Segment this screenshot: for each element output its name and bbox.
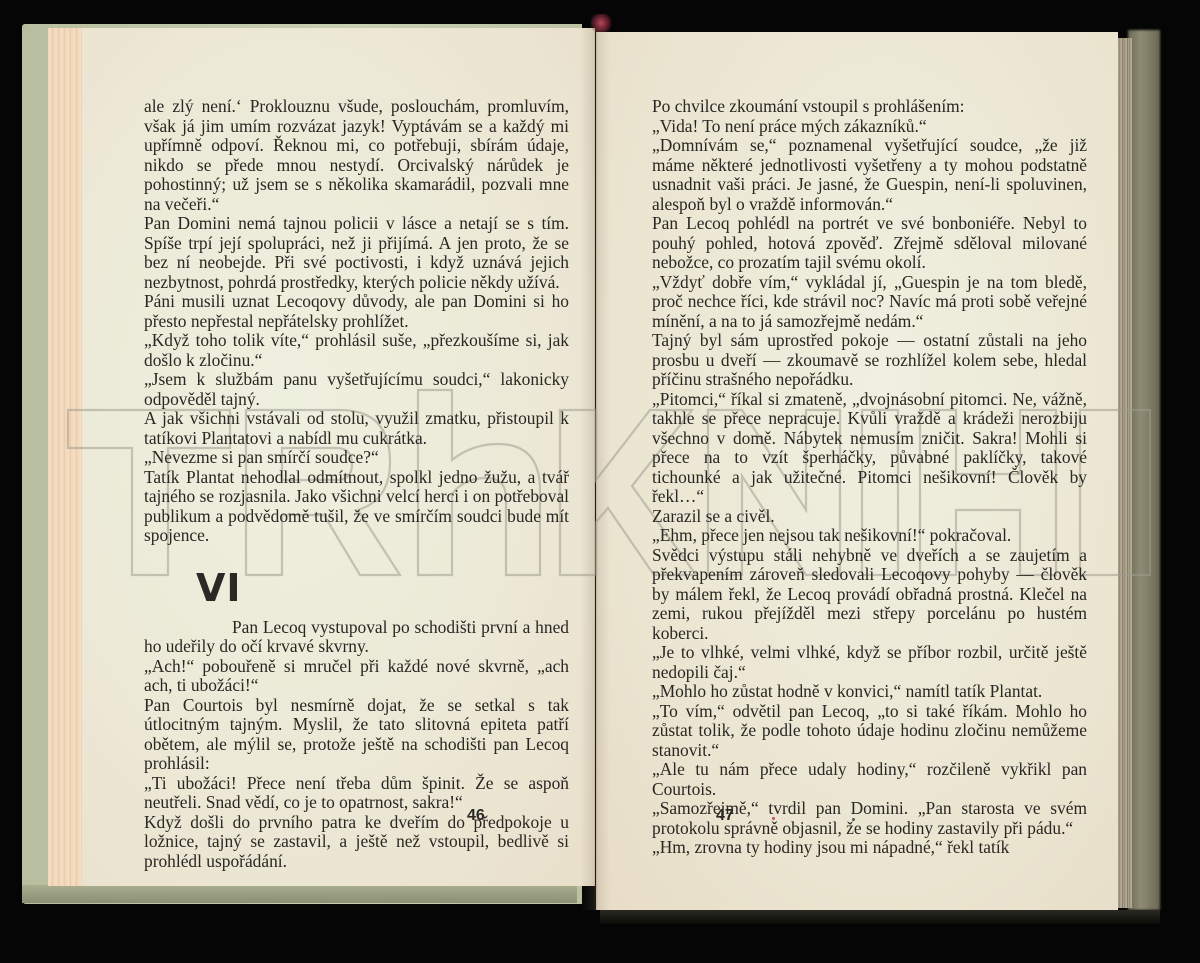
paragraph: „Mohlo ho zůstat hodně v konvici,“ namít…: [652, 682, 1087, 702]
paragraph: Když došli do prvního patra ke dveřím do…: [144, 813, 569, 872]
paragraph: „Nevezme si pan smírčí soudce?“: [144, 448, 569, 468]
book-cover-right-edge: [1128, 30, 1160, 910]
page-number-left: 46: [467, 807, 485, 825]
paper-speck: [772, 817, 775, 820]
paragraph: „Ti ubožáci! Přece není třeba dům špinit…: [144, 774, 569, 813]
paragraph: ale zlý není.‘ Proklouznu všude, poslouc…: [144, 97, 569, 214]
paragraph: Po chvilce zkoumání vstoupil s prohlášen…: [652, 97, 1087, 117]
paragraph: „To vím,“ odvětil pan Lecoq, „to si také…: [652, 702, 1087, 761]
paragraph: Pan Lecoq vystupoval po schodišti první …: [144, 618, 569, 657]
paragraph: „Je to vlhké, velmi vlhké, když se příbo…: [652, 643, 1087, 682]
chapter-heading: VI: [196, 568, 569, 608]
paragraph: Pan Courtois byl nesmírně dojat, že se s…: [144, 696, 569, 774]
paragraph: „Vždyť dobře vím,“ vykládal jí, „Guespin…: [652, 273, 1087, 332]
paragraph: A jak všichni vstávali od stolu, využil …: [144, 409, 569, 448]
paper-speck: [852, 818, 855, 821]
paragraph: „Hm, zrovna ty hodiny jsou mi nápadné,“ …: [652, 838, 1087, 858]
page-stack-right: [1118, 38, 1132, 908]
paragraph: „Když toho tolik víte,“ prohlásil suše, …: [144, 331, 569, 370]
paragraph: Pan Lecoq pohlédl na portrét ve své bonb…: [652, 214, 1087, 273]
left-page-text: ale zlý není.‘ Proklouznu všude, poslouc…: [144, 97, 569, 871]
paragraph: „Ehm, přece jen nejsou tak nešikovní!“ p…: [652, 526, 1087, 546]
paragraph: „Ach!“ pobouřeně si mručel při každé nov…: [144, 657, 569, 696]
paragraph: Svědci výstupu stáli nehybně ve dveřích …: [652, 546, 1087, 644]
paragraph: „Ale tu nám přece udaly hodiny,“ rozčile…: [652, 760, 1087, 799]
paragraph: „Jsem k službám panu vyšetřujícímu soudc…: [144, 370, 569, 409]
paragraph: Tajný byl sám uprostřed pokoje — ostatní…: [652, 331, 1087, 390]
paragraph: Páni musili uznat Lecoqovy důvody, ale p…: [144, 292, 569, 331]
paragraph: „Pitomci,“ říkal si zmateně, „dvojnásobn…: [652, 390, 1087, 507]
paragraph: Tatík Plantat nehodlal odmítnout, spolkl…: [144, 468, 569, 546]
book-cover-bottom-edge: [22, 885, 577, 903]
paragraph: Pan Domini nemá tajnou policii v lásce a…: [144, 214, 569, 292]
paragraph: „Vida! To není práce mých zákazníků.“: [652, 117, 1087, 137]
book-gutter: [580, 28, 610, 910]
paragraph: Zarazil se a civěl.: [652, 507, 1087, 527]
bookmark-ribbon: [590, 14, 612, 32]
page-stack-left: [48, 28, 86, 886]
right-page-text: Po chvilce zkoumání vstoupil s prohlášen…: [652, 97, 1087, 858]
book-cover-shadow: [600, 910, 1160, 924]
paragraph: „Domnívám se,“ poznamenal vyšetřující so…: [652, 136, 1087, 214]
page-number-right: 47: [716, 807, 734, 825]
